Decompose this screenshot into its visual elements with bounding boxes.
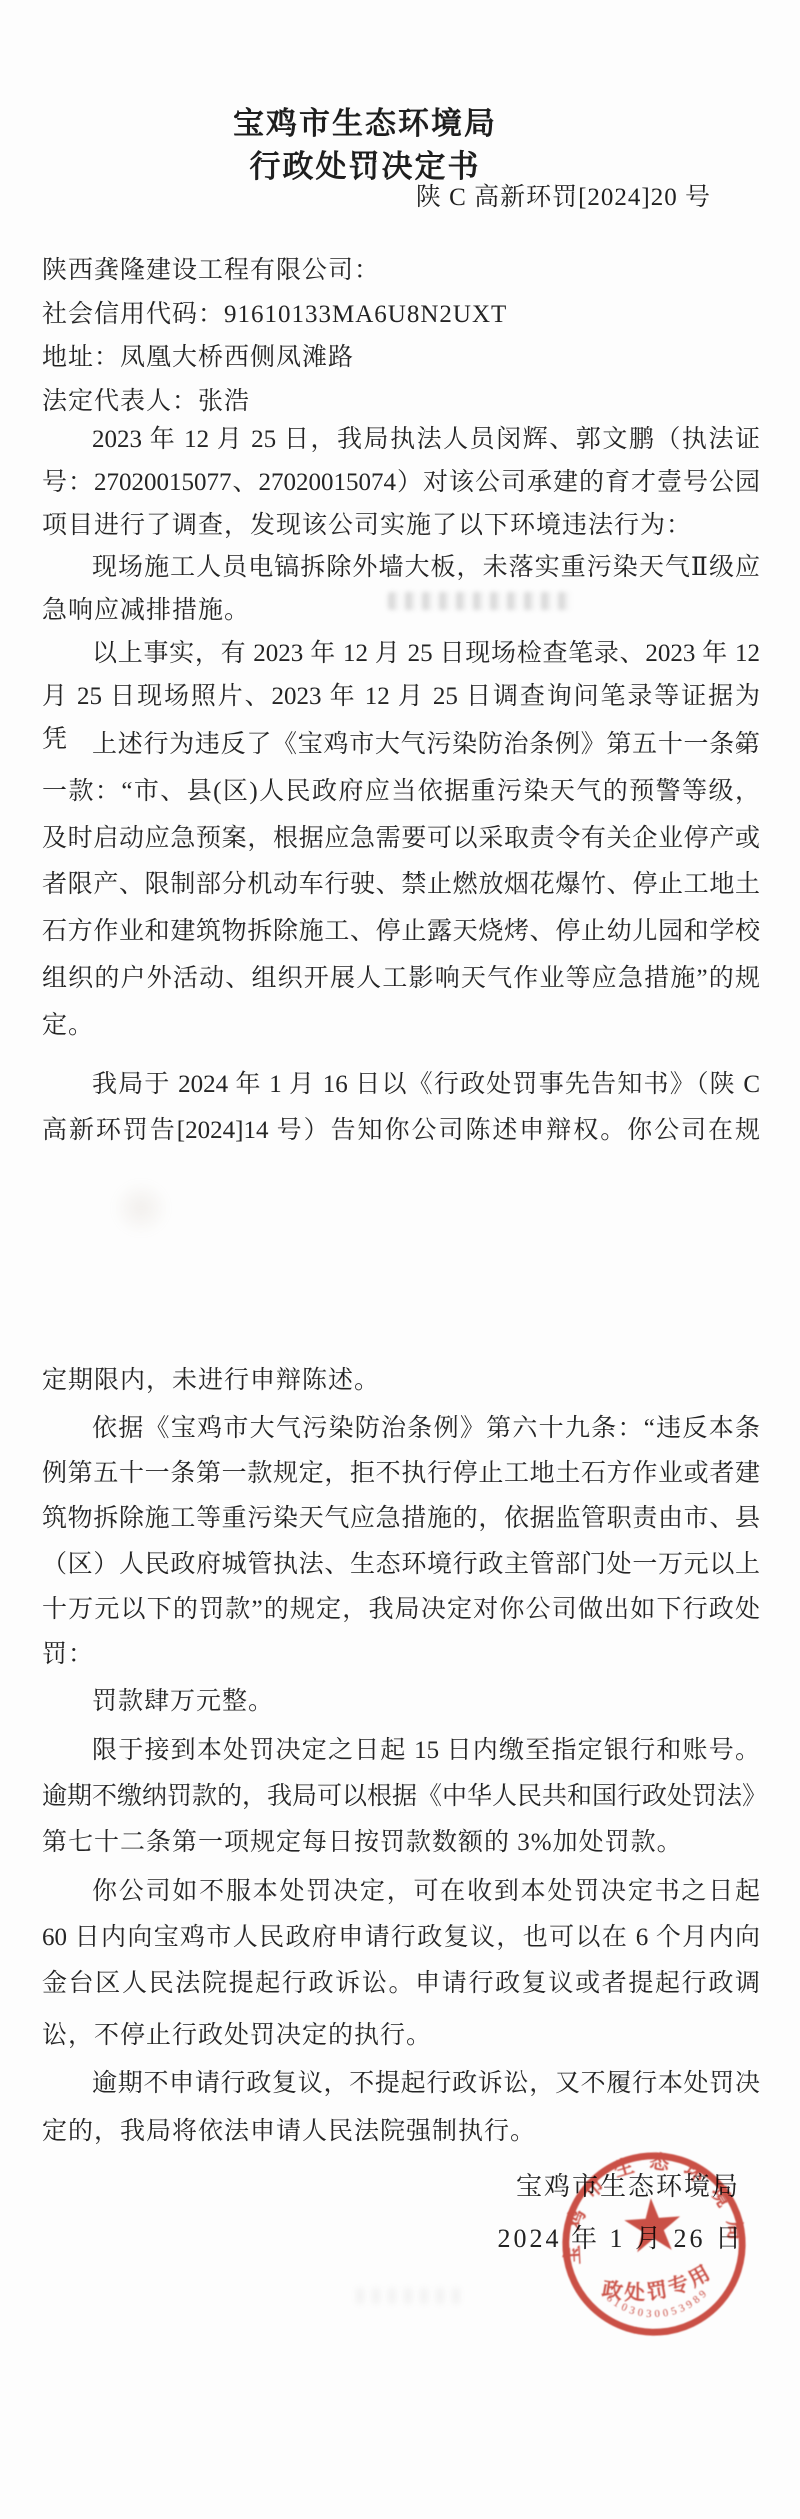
document-line: 定。 [42, 1003, 760, 1050]
document-line: 逾期不申请行政复议，不提起行政诉讼，又不履行本处罚决 [42, 2060, 760, 2108]
document-line: 地址：凤凰大桥西侧凤滩路 [42, 336, 760, 380]
document-line: 一款：“市、县(区)人民政府应当依据重污染天气的预警等级， [42, 769, 760, 816]
document-line: 第七十二条第一项规定每日按罚款数额的 3%加处罚款。 [42, 1820, 760, 1866]
document-line: 筑物拆除施工等重污染天气应急措施的，依据监管职责由市、县 [42, 1496, 760, 1541]
document-line: 上述行为违反了《宝鸡市大气污染防治条例》第五十一条第 [42, 722, 760, 769]
document-line: 石方作业和建筑物拆除施工、停止露天烧烤、停止幼儿园和学校 [42, 909, 760, 956]
document-line: 我局于 2024 年 1 月 16 日以《行政处罚事先告知书》（陕 C [42, 1062, 760, 1108]
document-line: 及时启动应急预案，根据应急需要可以采取责令有关企业停产或 [42, 816, 760, 863]
scan-smudge-artifact [356, 2288, 468, 2304]
document-line: 依据《宝鸡市大气污染防治条例》第六十九条：“违反本条 [42, 1406, 760, 1451]
document-line: 急响应减排措施。 [42, 590, 760, 633]
body-paragraph-prior-notice: 我局于 2024 年 1 月 16 日以《行政处罚事先告知书》（陕 C高新环罚告… [42, 1062, 760, 1154]
body-paragraph-appeal-rights: 你公司如不服本处罚决定，可在收到本处罚决定书之日起60 日内向宝鸡市人民政府申请… [42, 1869, 760, 2007]
body-paragraph-enforcement: 讼，不停止行政处罚决定的执行。逾期不申请行政复议，不提起行政诉讼，又不履行本处罚… [42, 2012, 760, 2156]
body-paragraph-fine-amount: 罚款肆万元整。 [42, 1679, 760, 1725]
recipient-info-block: 陕西龚隆建设工程有限公司：社会信用代码：91610133MA6U8N2UXT地址… [42, 249, 760, 423]
body-paragraph-violated-regulation: 上述行为违反了《宝鸡市大气污染防治条例》第五十一条第一款：“市、县(区)人民政府… [42, 722, 760, 1050]
document-line: 陕西龚隆建设工程有限公司： [42, 249, 760, 293]
document-line: 罚款肆万元整。 [42, 1679, 760, 1725]
document-line: 例第五十一条第一款规定，拒不执行停止工地土石方作业或者建 [42, 1451, 760, 1496]
document-line: （区）人民政府城管执法、生态环境行政主管部门处一万元以上 [42, 1542, 760, 1587]
body-paragraph-payment-terms: 限于接到本处罚决定之日起 15 日内缴至指定银行和账号。逾期不缴纳罚款的，我局可… [42, 1728, 760, 1866]
seal-graphic: 宝鸡市生态环境局 行政处罚专用章 6103030053989 [549, 2139, 758, 2348]
document-line: 讼，不停止行政处罚决定的执行。 [42, 2012, 760, 2060]
document-line: 罚： [42, 1632, 760, 1677]
document-line: 者限产、限制部分机动车行驶、禁止燃放烟花爆竹、停止工地土 [42, 862, 760, 909]
document-line: 60 日内向宝鸡市人民政府申请行政复议，也可以在 6 个月内向 [42, 1915, 760, 1961]
document-line: 2023 年 12 月 25 日，我局执法人员闵辉、郭文鹏（执法证 [42, 419, 760, 462]
document-line: 金台区人民法院提起行政诉讼。申请行政复议或者提起行政调 [42, 1961, 760, 2007]
document-line: 社会信用代码：91610133MA6U8N2UXT [42, 293, 760, 337]
seal-star-icon [623, 2196, 682, 2253]
document-line: 号：27020015077、27020015074）对该公司承建的育才壹号公园 [42, 462, 760, 505]
document-line: 现场施工人员电镐拆除外墙大板，未落实重污染天气Ⅱ级应 [42, 547, 760, 590]
document-line: 你公司如不服本处罚决定，可在收到本处罚决定书之日起 [42, 1869, 760, 1915]
document-line: 限于接到本处罚决定之日起 15 日内缴至指定银行和账号。 [42, 1728, 760, 1774]
document-line: 十万元以下的罚款”的规定，我局决定对你公司做出如下行政处 [42, 1587, 760, 1632]
body-paragraph-legal-basis: 依据《宝鸡市大气污染防治条例》第六十九条：“违反本条例第五十一条第一款规定，拒不… [42, 1406, 760, 1677]
document-line: 定期限内，未进行申辩陈述。 [42, 1358, 760, 1404]
document-line: 组织的户外活动、组织开展人工影响天气作业等应急措施”的规 [42, 956, 760, 1003]
document-line: 高新环罚告[2024]14 号）告知你公司陈述申辩权。你公司在规 [42, 1108, 760, 1154]
scan-smudge-artifact [112, 1180, 170, 1236]
document-number: 陕 C 高新环罚[2024]20 号 [416, 177, 711, 213]
official-red-seal: 宝鸡市生态环境局 行政处罚专用章 6103030053989 [549, 2139, 758, 2348]
agency-title: 宝鸡市生态环境局 [0, 102, 730, 145]
document-title-block: 宝鸡市生态环境局 行政处罚决定书 [0, 102, 730, 188]
body-paragraphs-investigation: 2023 年 12 月 25 日，我局执法人员闵辉、郭文鹏（执法证号：27020… [42, 419, 760, 761]
scanned-penalty-decision-document: 宝鸡市生态环境局 行政处罚决定书 陕 C 高新环罚[2024]20 号 陕西龚隆… [0, 0, 800, 2519]
document-line: 法定代表人：张浩 [42, 380, 760, 424]
document-line: 项目进行了调查，发现该公司实施了以下环境违法行为： [42, 505, 760, 548]
body-paragraph-no-defense: 定期限内，未进行申辩陈述。 [42, 1358, 760, 1404]
document-line: 逾期不缴纳罚款的，我局可以根据《中华人民共和国行政处罚法》 [42, 1774, 760, 1820]
document-line: 以上事实，有 2023 年 12 月 25 日现场检查笔录、2023 年 12 [42, 633, 760, 676]
